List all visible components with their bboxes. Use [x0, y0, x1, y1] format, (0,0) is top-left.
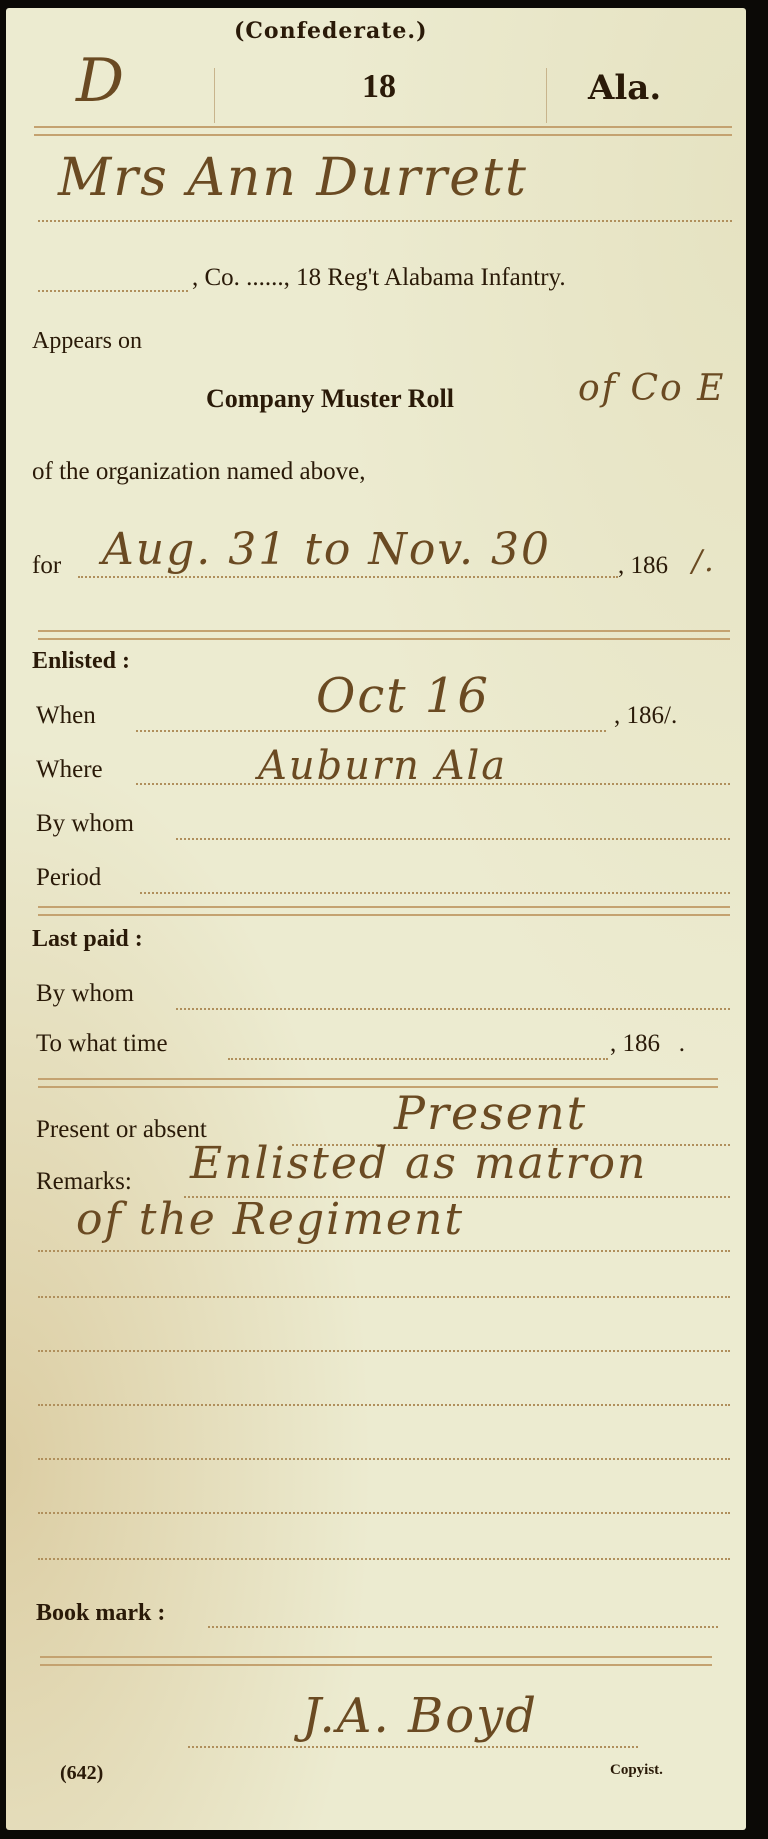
confederate-title: (Confederate.) — [234, 18, 428, 44]
blank-line-3 — [38, 1404, 730, 1406]
when-year: , 186/. — [614, 702, 677, 730]
blank-line-5 — [38, 1512, 730, 1514]
period-value: Aug. 31 to Nov. 30 — [102, 524, 551, 575]
regiment-label: , Co. ......, 18 Reg't Alabama Infantry. — [192, 264, 566, 292]
blank-line-4 — [38, 1458, 730, 1460]
book-mark-line — [208, 1626, 718, 1628]
to-what-time-label: To what time — [36, 1030, 168, 1058]
blank-line-2 — [38, 1350, 730, 1352]
for-label: for — [32, 552, 61, 580]
roll-label: Company Muster Roll — [206, 384, 454, 414]
signature-line — [188, 1746, 638, 1748]
enlisted-by-whom-label: By whom — [36, 810, 134, 838]
header-divider-right — [546, 68, 547, 123]
to-what-time-line — [228, 1058, 608, 1060]
copyist-signature: J.A. Boyd — [302, 1688, 538, 1744]
period-year-suffix: /. — [692, 544, 716, 579]
to-what-time-year: , 186 . — [610, 1030, 685, 1058]
roll-company: of Co E — [578, 368, 725, 409]
when-label: When — [36, 702, 96, 730]
present-label: Present or absent — [36, 1116, 207, 1144]
company-letter: D — [76, 46, 126, 116]
enlisted-by-whom-line — [176, 838, 730, 840]
when-line — [136, 730, 606, 732]
remarks-line-2 — [38, 1250, 730, 1252]
state-abbrev: Ala. — [588, 68, 661, 108]
muster-roll-card: (Confederate.) D 18 Ala. Mrs Ann Durrett… — [6, 8, 746, 1830]
header-rule — [34, 126, 732, 136]
enlisted-heading: Enlisted : — [32, 648, 130, 675]
section-rule-3 — [38, 1078, 718, 1088]
soldier-name: Mrs Ann Durrett — [58, 148, 528, 208]
appears-label: Appears on — [32, 328, 142, 355]
where-label: Where — [36, 756, 103, 784]
form-number: (642) — [60, 1762, 103, 1785]
where-value: Auburn Ala — [258, 743, 507, 789]
period-label: Period — [36, 864, 101, 892]
book-mark-label: Book mark : — [36, 1600, 165, 1627]
section-rule-1 — [38, 630, 730, 640]
paid-by-whom-label: By whom — [36, 980, 134, 1008]
header-divider-left — [214, 68, 215, 123]
co-blank — [38, 290, 188, 292]
name-line — [38, 220, 732, 222]
blank-line-1 — [38, 1296, 730, 1298]
remarks-value-2: of the Regiment — [76, 1194, 464, 1245]
blank-line-6 — [38, 1558, 730, 1560]
regiment-number: 18 — [362, 68, 396, 106]
last-paid-heading: Last paid : — [32, 926, 143, 953]
period-line — [78, 576, 618, 578]
footer-rule — [40, 1656, 712, 1666]
paid-by-whom-line — [176, 1008, 730, 1010]
enlisted-period-line — [140, 892, 730, 894]
copyist-label: Copyist. — [610, 1762, 663, 1779]
when-value: Oct 16 — [316, 668, 490, 724]
section-rule-2 — [38, 906, 730, 916]
period-year: , 186 — [618, 552, 668, 580]
remarks-value-1: Enlisted as matron — [190, 1138, 647, 1189]
org-label: of the organization named above, — [32, 458, 365, 486]
remarks-label: Remarks: — [36, 1168, 132, 1196]
present-value: Present — [394, 1086, 587, 1140]
